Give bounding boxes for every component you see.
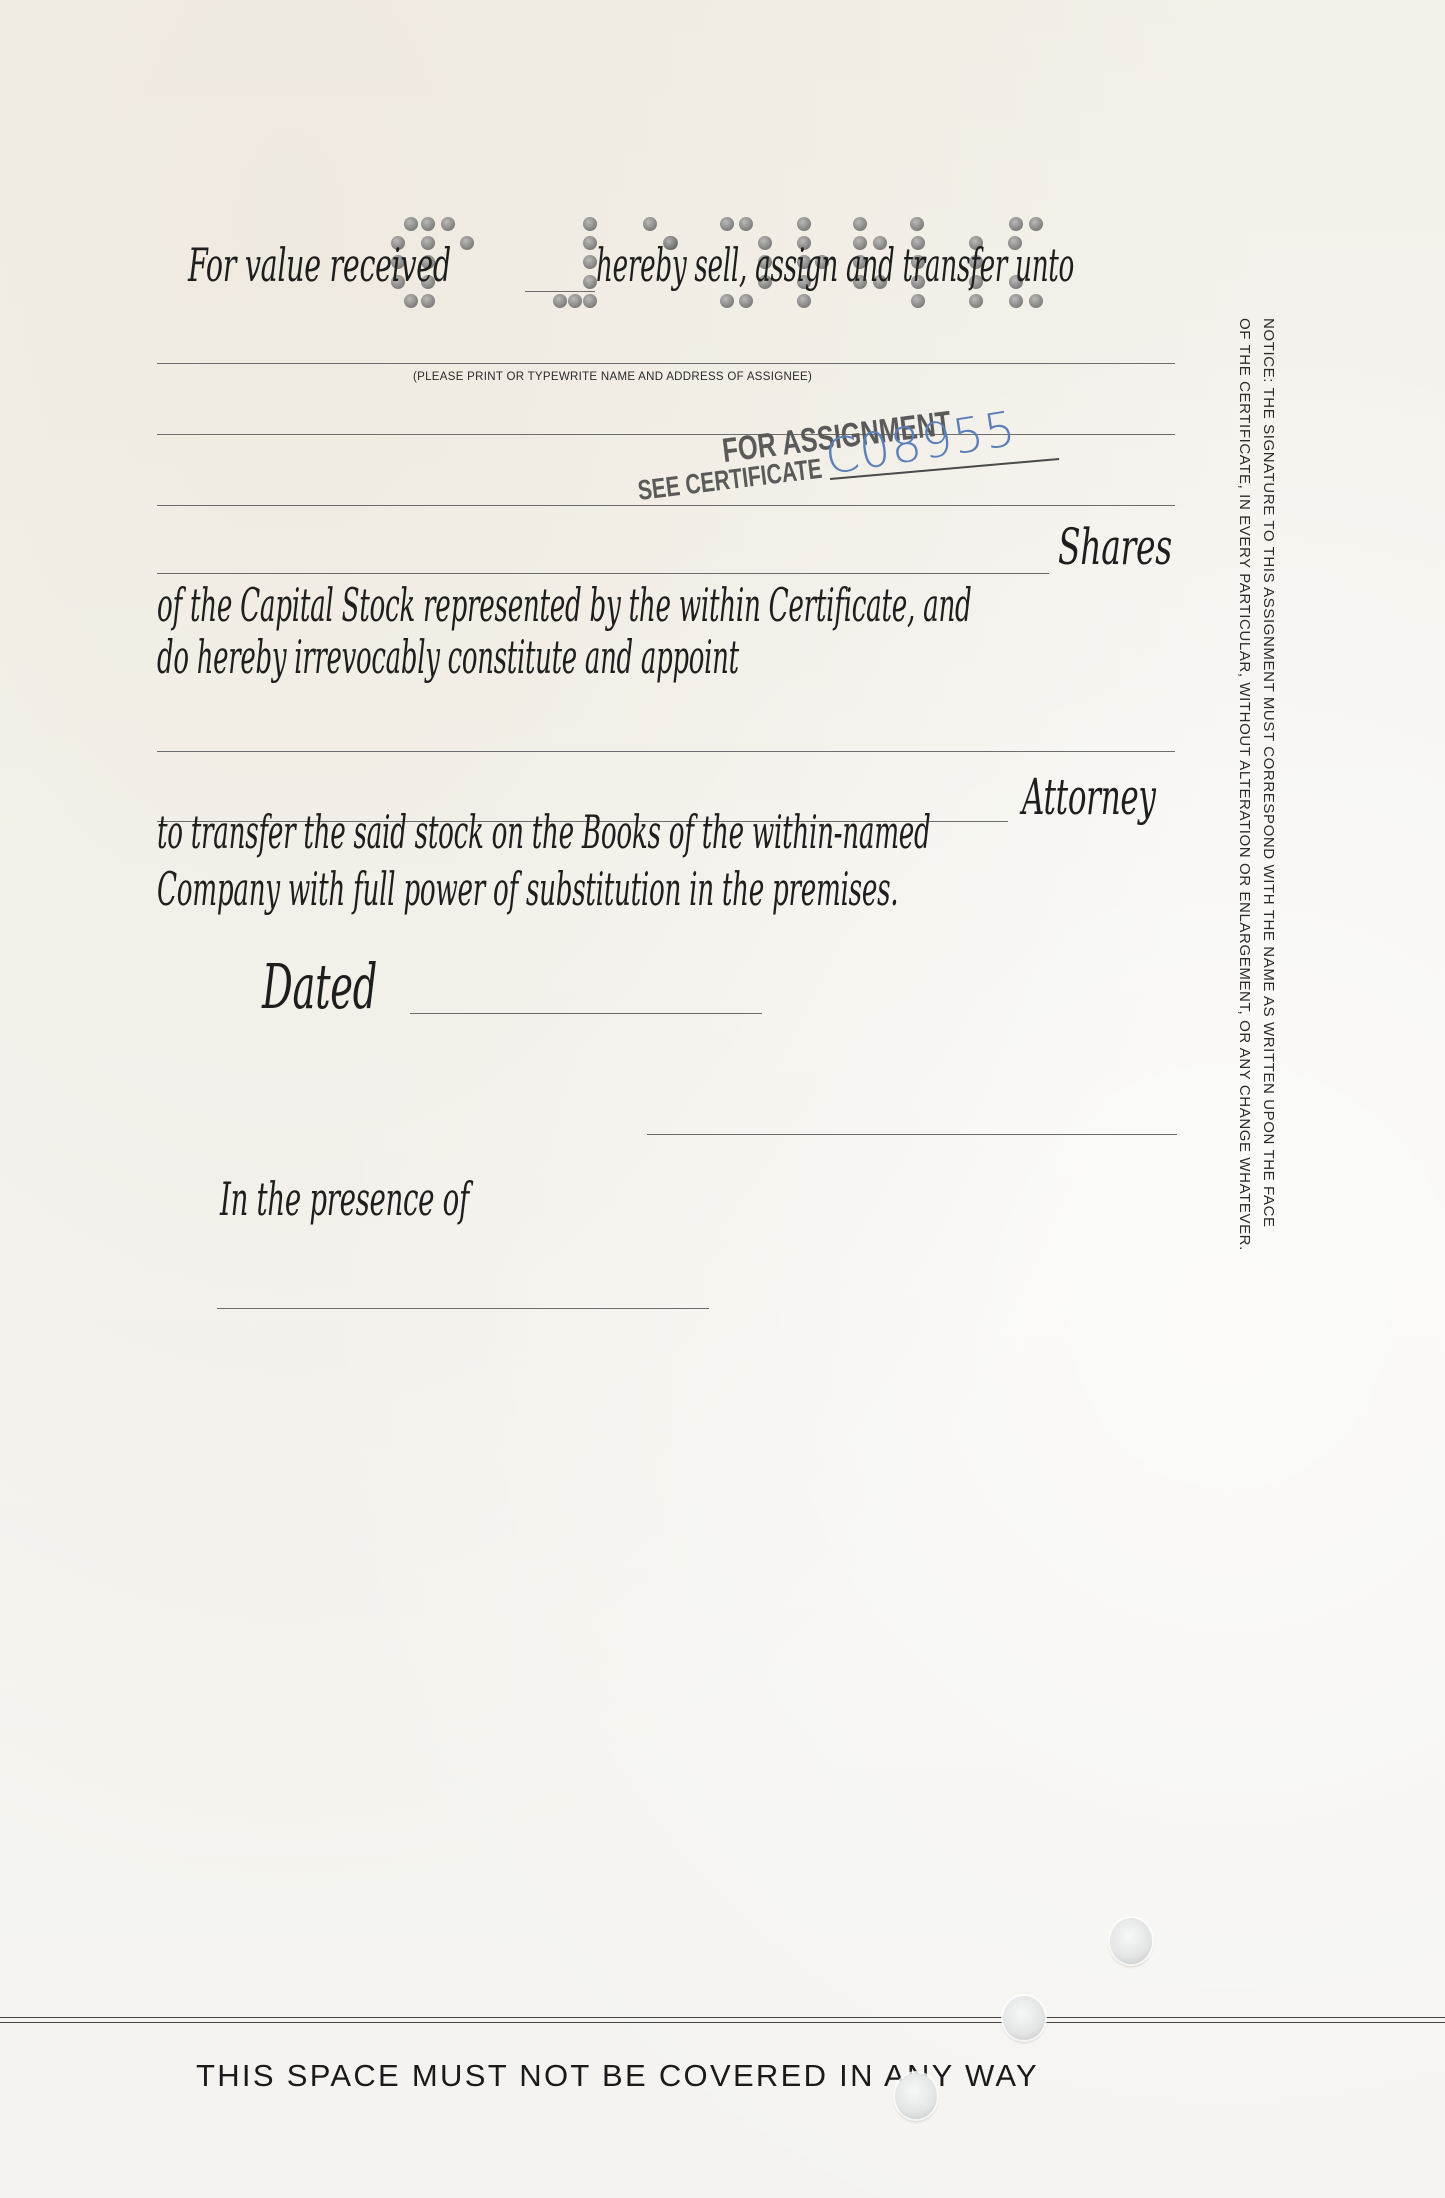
punch-hole-2	[1003, 1996, 1045, 2040]
signature-notice: NOTICE: THE SIGNATURE TO THIS ASSIGNMENT…	[1232, 318, 1280, 1251]
shares-quantity-line[interactable]	[157, 573, 1049, 574]
perforation-dot	[441, 217, 455, 231]
perforation-dot	[797, 294, 811, 308]
paper-background	[0, 0, 1445, 2198]
notice-line-1: NOTICE: THE SIGNATURE TO THIS ASSIGNMENT…	[1256, 318, 1280, 1251]
signature-line[interactable]	[647, 1134, 1177, 1135]
assignee-address-line-2[interactable]	[157, 505, 1175, 506]
perforation-dot	[910, 217, 924, 231]
perforation-dot	[1009, 294, 1023, 308]
perforation-dot	[583, 255, 597, 269]
capital-stock-text: of the Capital Stock represented by the …	[157, 578, 972, 632]
perforation-dot	[583, 217, 597, 231]
for-value-received-text: For value received	[188, 238, 451, 292]
perforation-dot	[643, 217, 657, 231]
perforation-dot	[421, 217, 435, 231]
perforation-dot	[553, 294, 567, 308]
punch-hole-1	[1110, 1918, 1152, 1964]
perforation-dot	[720, 217, 734, 231]
perforation-dot	[797, 217, 811, 231]
in-the-presence-of-label: In the presence of	[220, 1172, 469, 1226]
attorney-name-line-1[interactable]	[157, 751, 1175, 752]
assignee-name-line[interactable]	[157, 363, 1175, 364]
banner-double-rule-top	[0, 2017, 1445, 2018]
perforation-dot	[421, 294, 435, 308]
hereby-sell-assign-text: hereby sell, assign and transfer unto	[596, 238, 1074, 292]
perforation-dot	[460, 236, 474, 250]
company-substitution-text: Company with full power of substitution …	[157, 862, 898, 916]
perforation-dot	[404, 217, 418, 231]
date-line[interactable]	[410, 1013, 762, 1014]
perforation-dot	[739, 294, 753, 308]
perforation-dot	[1029, 217, 1043, 231]
assignee-address-line-1[interactable]	[157, 434, 1175, 435]
perforation-dot	[739, 217, 753, 231]
transfer-stock-text: to transfer the said stock on the Books …	[157, 805, 930, 859]
perforation-dot	[911, 294, 925, 308]
shares-label: Shares	[1058, 518, 1172, 576]
notice-line-2: OF THE CERTIFICATE, IN EVERY PARTICULAR,…	[1232, 318, 1256, 1251]
perforation-dot	[568, 294, 582, 308]
grantor-blank-line	[525, 291, 595, 292]
perforation-dot	[404, 294, 418, 308]
perforation-dot	[583, 294, 597, 308]
irrevocably-appoint-text: do hereby irrevocably constitute and app…	[157, 630, 739, 684]
perforation-dot	[1029, 294, 1043, 308]
perforation-dot	[583, 275, 597, 289]
perforation-dot	[583, 236, 597, 250]
perforation-dot	[1009, 217, 1023, 231]
perforation-dot	[853, 217, 867, 231]
witness-signature-line[interactable]	[217, 1308, 709, 1309]
perforation-dot	[720, 294, 734, 308]
banner-double-rule-bottom	[0, 2022, 1445, 2023]
assignee-caption: (PLEASE PRINT OR TYPEWRITE NAME AND ADDR…	[413, 371, 812, 383]
punch-hole-3	[895, 2073, 937, 2119]
dated-label: Dated	[262, 950, 377, 1023]
perforation-dot	[969, 294, 983, 308]
attorney-label: Attorney	[1022, 768, 1156, 826]
